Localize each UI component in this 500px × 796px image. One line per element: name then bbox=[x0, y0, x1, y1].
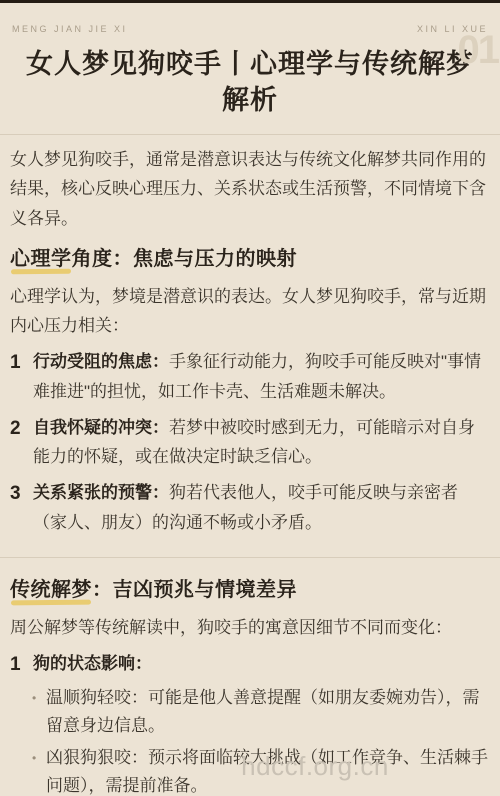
item-text: 狗的状态影响： bbox=[33, 649, 490, 678]
item-text: 自我怀疑的冲突：若梦中被咬时感到无力，可能暗示对自身能力的怀疑，或在做决定时缺乏… bbox=[33, 413, 490, 471]
heading-highlighted-text: 心理学 bbox=[10, 246, 72, 272]
section-psychology-heading: 心理学角度：焦虑与压力的映射 bbox=[10, 246, 490, 272]
page-number: 01 bbox=[458, 30, 499, 70]
list-item: 1 行动受阻的焦虑：手象征行动能力，狗咬手可能反映对"事情难推进"的担忧，如工作… bbox=[10, 347, 490, 405]
bullet-dot-icon: • bbox=[32, 744, 46, 772]
section-psychology-lead: 心理学认为，梦境是潜意识的表达。女人梦见狗咬手，常与近期内心压力相关： bbox=[10, 282, 490, 340]
list-item: 2 自我怀疑的冲突：若梦中被咬时感到无力，可能暗示对自身能力的怀疑，或在做决定时… bbox=[10, 413, 490, 471]
section-traditional-lead: 周公解梦等传统解读中，狗咬手的寓意因细节不同而变化： bbox=[10, 613, 490, 642]
watermark: hdccf.org.cn bbox=[241, 751, 389, 782]
divider-middle bbox=[0, 557, 500, 558]
bullet-item: • 温顺狗轻咬：可能是他人善意提醒（如朋友委婉劝告），需留意身边信息。 bbox=[32, 684, 490, 740]
heading-rest-text: ：吉凶预兆与情境差异 bbox=[92, 579, 297, 601]
item-number: 2 bbox=[10, 413, 33, 443]
item-text: 行动受阻的焦虑：手象征行动能力，狗咬手可能反映对"事情难推进"的担忧，如工作卡壳… bbox=[33, 347, 490, 405]
heading-highlighted-text: 传统解梦 bbox=[10, 577, 92, 603]
intro-paragraph: 女人梦见狗咬手，通常是潜意识表达与传统文化解梦共同作用的结果，核心反映心理压力、… bbox=[10, 145, 490, 233]
section-traditional-heading: 传统解梦：吉凶预兆与情境差异 bbox=[10, 577, 490, 603]
heading-rest-text: 角度：焦虑与压力的映射 bbox=[72, 248, 298, 270]
bullet-dot-icon: • bbox=[32, 684, 46, 712]
psychology-numbered-list: 1 行动受阻的焦虑：手象征行动能力，狗咬手可能反映对"事情难推进"的担忧，如工作… bbox=[0, 347, 500, 536]
item-number: 3 bbox=[10, 478, 33, 508]
header-left-caption: MENG JIAN JIE XI bbox=[12, 24, 128, 34]
list-item: 3 关系紧张的预警：狗若代表他人，咬手可能反映与亲密者（家人、朋友）的沟通不畅或… bbox=[10, 478, 490, 536]
article-page: MENG JIAN JIE XI XIN LI XUE 01 女人梦见狗咬手丨心… bbox=[0, 0, 500, 796]
item-number: 1 bbox=[10, 649, 33, 679]
bullet-text: 温顺狗轻咬：可能是他人善意提醒（如朋友委婉劝告），需留意身边信息。 bbox=[46, 684, 490, 740]
item-lead: 狗的状态影响： bbox=[33, 654, 152, 673]
header: MENG JIAN JIE XI XIN LI XUE bbox=[0, 0, 500, 34]
item-number: 1 bbox=[10, 347, 33, 377]
item-text: 关系紧张的预警：狗若代表他人，咬手可能反映与亲密者（家人、朋友）的沟通不畅或小矛… bbox=[33, 478, 490, 536]
item-lead: 行动受阻的焦虑： bbox=[33, 352, 169, 371]
list-item: 1 狗的状态影响： bbox=[10, 649, 490, 679]
item-lead: 自我怀疑的冲突： bbox=[33, 418, 169, 437]
top-border-bar bbox=[0, 0, 500, 3]
item-lead: 关系紧张的预警： bbox=[33, 483, 169, 502]
page-title: 女人梦见狗咬手丨心理学与传统解梦解析 bbox=[16, 47, 484, 118]
section-psychology: 心理学角度：焦虑与压力的映射 心理学认为，梦境是潜意识的表达。女人梦见狗咬手，常… bbox=[0, 246, 500, 537]
divider-top bbox=[0, 134, 500, 135]
